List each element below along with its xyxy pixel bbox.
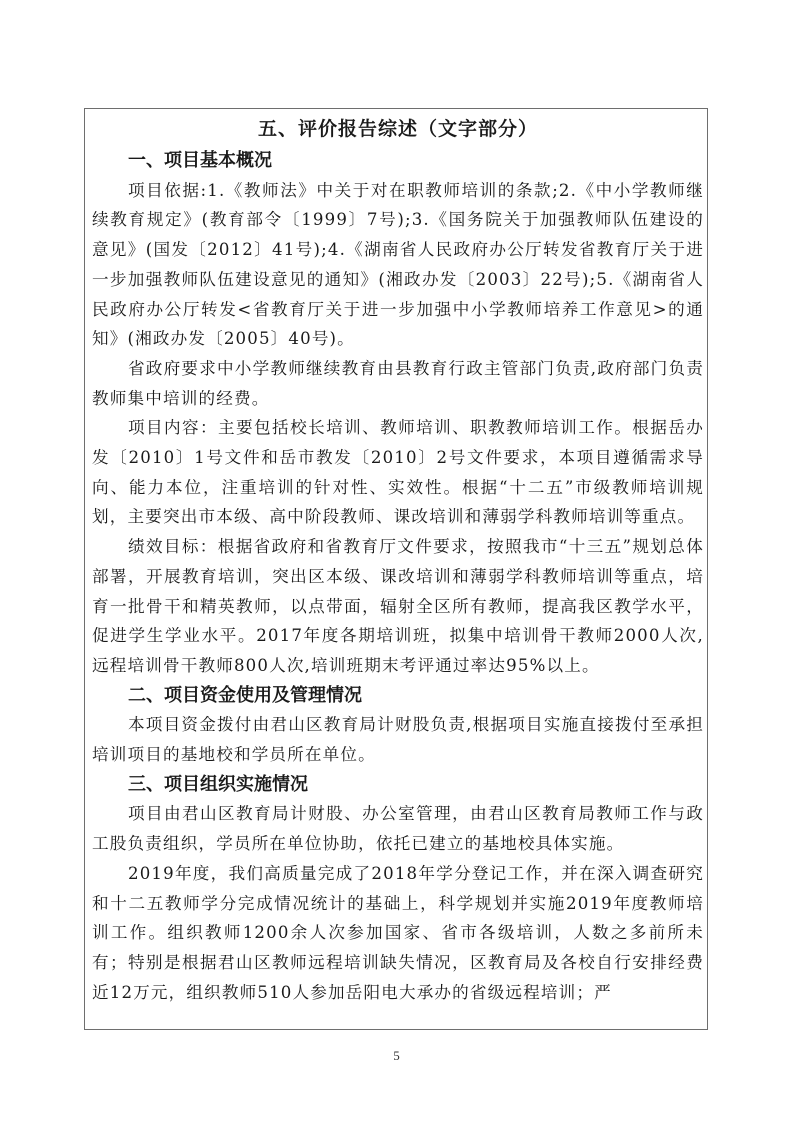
page-number: 5 xyxy=(0,1048,793,1064)
section-heading: 二、项目资金使用及管理情况 xyxy=(92,681,704,711)
paragraph-annual-work: 2019年度，我们高质量完成了2018年学分登记工作，并在深入调查研究和十二五教… xyxy=(92,859,704,1008)
paragraph-organization: 项目由君山区教育局计财股、办公室管理，由君山区教育局教师工作与政工股负责组织，学… xyxy=(92,799,704,858)
section-heading: 一、项目基本概况 xyxy=(92,146,704,176)
section-basic-overview: 一、项目基本概况 项目依据:1.《教师法》中关于对在职教师培训的条款;2.《中小… xyxy=(92,146,704,681)
paragraph-government-requirement: 省政府要求中小学教师继续教育由县教育行政主管部门负责,政府部门负责教师集中培训的… xyxy=(92,354,704,413)
section-fund-management: 二、项目资金使用及管理情况 本项目资金拨付由君山区教育局计财股负责,根据项目实施… xyxy=(92,681,704,770)
paragraph-fund-allocation: 本项目资金拨付由君山区教育局计财股负责,根据项目实施直接拨付至承担培训项目的基地… xyxy=(92,710,704,769)
paragraph-project-content: 项目内容：主要包括校长培训、教师培训、职教教师培训工作。根据岳办发〔2010〕1… xyxy=(92,413,704,532)
page-title: 五、评价报告综述（文字部分） xyxy=(92,114,704,146)
section-implementation: 三、项目组织实施情况 项目由君山区教育局计财股、办公室管理，由君山区教育局教师工… xyxy=(92,770,704,1008)
report-content: 五、评价报告综述（文字部分） 一、项目基本概况 项目依据:1.《教师法》中关于对… xyxy=(92,114,704,1007)
paragraph-project-basis: 项目依据:1.《教师法》中关于对在职教师培训的条款;2.《中小学教师继续教育规定… xyxy=(92,176,704,354)
section-heading: 三、项目组织实施情况 xyxy=(92,770,704,800)
paragraph-performance-goals: 绩效目标：根据省政府和省教育厅文件要求，按照我市“十三五”规划总体部署，开展教育… xyxy=(92,532,704,681)
